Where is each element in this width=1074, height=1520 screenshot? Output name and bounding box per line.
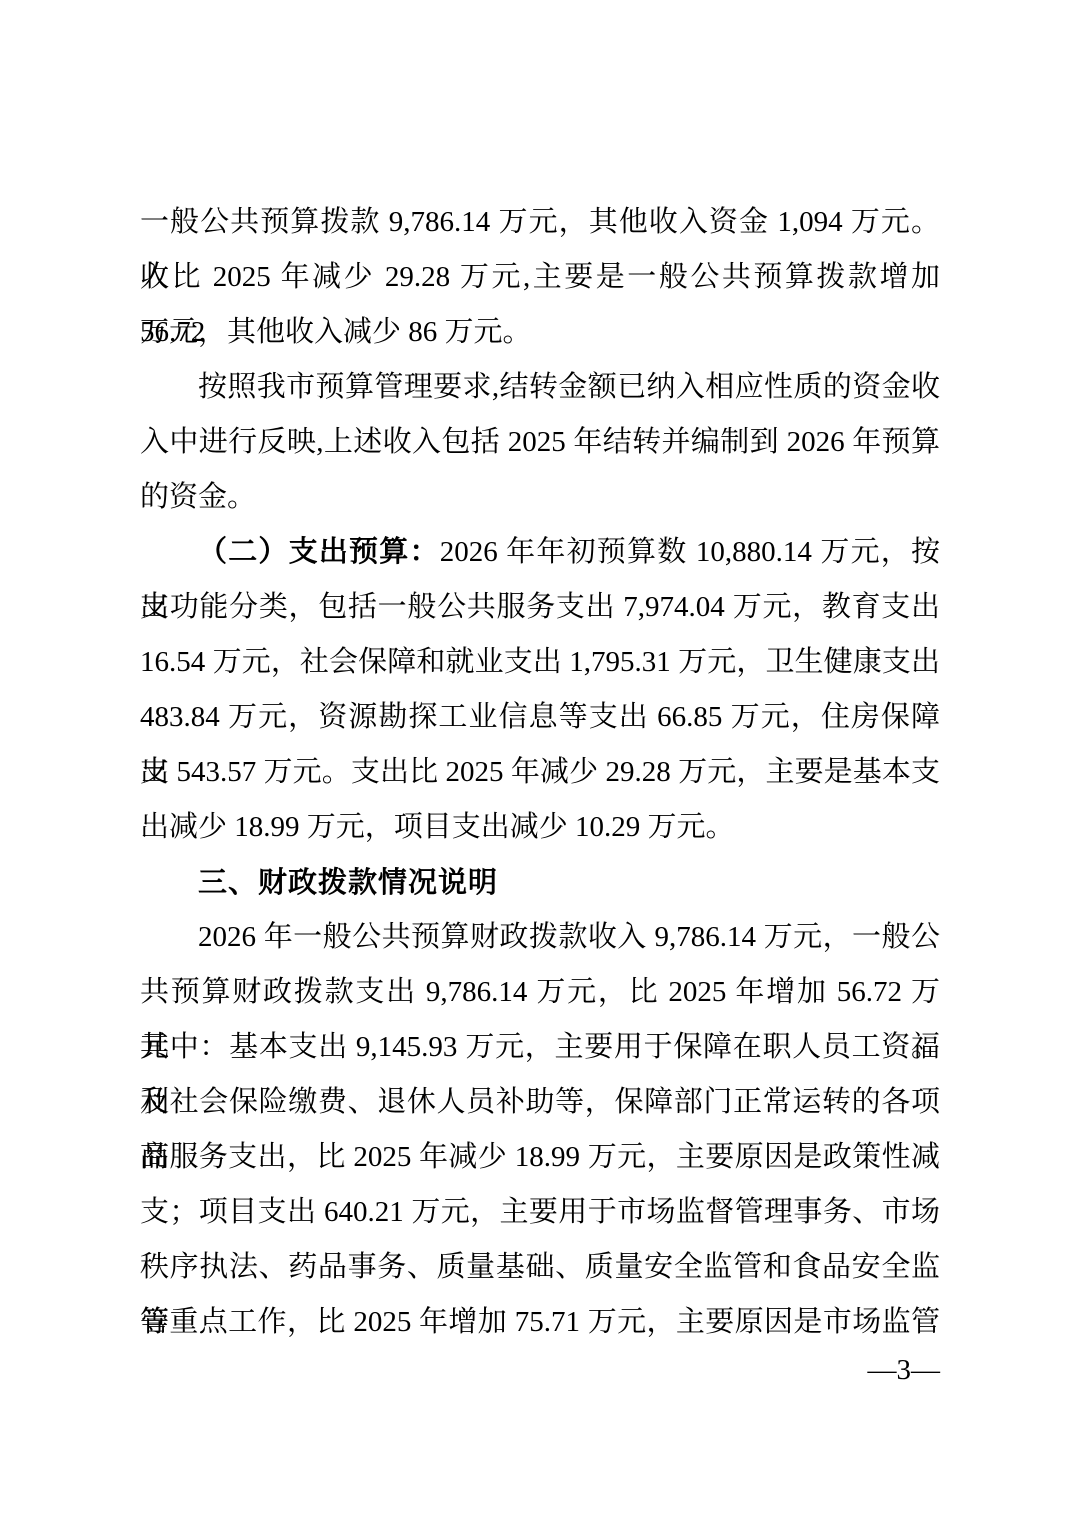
text-line: 及社会保险缴费、退休人员补助等，保障部门正常运转的各项商 xyxy=(140,1075,940,1130)
text-line: 共预算财政拨款支出 9,786.14 万元，比 2025 年增加 56.72 万… xyxy=(140,965,940,1020)
document-body: 一般公共预算拨款 9,786.14 万元，其他收入资金 1,094 万元。收入比… xyxy=(140,195,940,1350)
document-page: 一般公共预算拨款 9,786.14 万元，其他收入资金 1,094 万元。收入比… xyxy=(0,0,1074,1520)
text-line: 万元，其他收入减少 86 万元。 xyxy=(140,305,940,360)
text-line: 2026 年一般公共预算财政拨款收入 9,786.14 万元，一般公 xyxy=(140,910,940,965)
text-line: 等重点工作，比 2025 年增加 75.71 万元，主要原因是市场监管 xyxy=(140,1295,940,1350)
body-text: 出功能分类，包括一般公共服务支出 7,974.04 万元，教育支出 xyxy=(140,591,940,623)
text-line: 的资金。 xyxy=(140,470,940,525)
body-text: 按照我市预算管理要求,结转金额已纳入相应性质的资金收 xyxy=(198,371,940,403)
text-line: 其中：基本支出 9,145.93 万元，主要用于保障在职人员工资福利 xyxy=(140,1020,940,1075)
text-line: 16.54 万元，社会保障和就业支出 1,795.31 万元，卫生健康支出 xyxy=(140,635,940,690)
body-text: 品服务支出，比 2025 年减少 18.99 万元，主要原因是政策性减 xyxy=(140,1141,940,1173)
section-heading: 三、财政拨款情况说明 xyxy=(140,855,940,910)
text-line: 入比 2025 年减少 29.28 万元,主要是一般公共预算拨款增加 56.72 xyxy=(140,250,940,305)
page-number: —3— xyxy=(868,1350,941,1390)
text-line: 支；项目支出 640.21 万元，主要用于市场监督管理事务、市场 xyxy=(140,1185,940,1240)
text-line: 入中进行反映,上述收入包括 2025 年结转并编制到 2026 年预算 xyxy=(140,415,940,470)
emphasis-text: 三、财政拨款情况说明 xyxy=(198,865,498,899)
emphasis-text: （二）支出预算： xyxy=(198,536,440,568)
body-text: 等重点工作，比 2025 年增加 75.71 万元，主要原因是市场监管 xyxy=(140,1306,940,1338)
text-line: 483.84 万元，资源勘探工业信息等支出 66.85 万元，住房保障支 xyxy=(140,690,940,745)
text-line: 出 543.57 万元。支出比 2025 年减少 29.28 万元，主要是基本支 xyxy=(140,745,940,800)
body-text: 出 543.57 万元。支出比 2025 年减少 29.28 万元，主要是基本支 xyxy=(140,756,940,788)
body-text: 万元，其他收入减少 86 万元。 xyxy=(140,316,532,348)
text-line: 出功能分类，包括一般公共服务支出 7,974.04 万元，教育支出 xyxy=(140,580,940,635)
text-line: （二）支出预算：2026 年年初预算数 10,880.14 万元，按支 xyxy=(140,525,940,580)
text-line: 按照我市预算管理要求,结转金额已纳入相应性质的资金收 xyxy=(140,360,940,415)
text-line: 一般公共预算拨款 9,786.14 万元，其他收入资金 1,094 万元。收 xyxy=(140,195,940,250)
text-line: 品服务支出，比 2025 年减少 18.99 万元，主要原因是政策性减 xyxy=(140,1130,940,1185)
body-text: 支；项目支出 640.21 万元，主要用于市场监督管理事务、市场 xyxy=(140,1196,940,1228)
body-text: 出减少 18.99 万元，项目支出减少 10.29 万元。 xyxy=(140,811,735,843)
body-text: 入中进行反映,上述收入包括 2025 年结转并编制到 2026 年预算 xyxy=(140,426,940,458)
body-text: 16.54 万元，社会保障和就业支出 1,795.31 万元，卫生健康支出 xyxy=(140,646,940,678)
text-line: 出减少 18.99 万元，项目支出减少 10.29 万元。 xyxy=(140,800,940,855)
text-line: 秩序执法、药品事务、质量基础、质量安全监管和食品安全监管 xyxy=(140,1240,940,1295)
body-text: 2026 年一般公共预算财政拨款收入 9,786.14 万元，一般公 xyxy=(198,921,940,953)
body-text: 的资金。 xyxy=(140,481,256,513)
